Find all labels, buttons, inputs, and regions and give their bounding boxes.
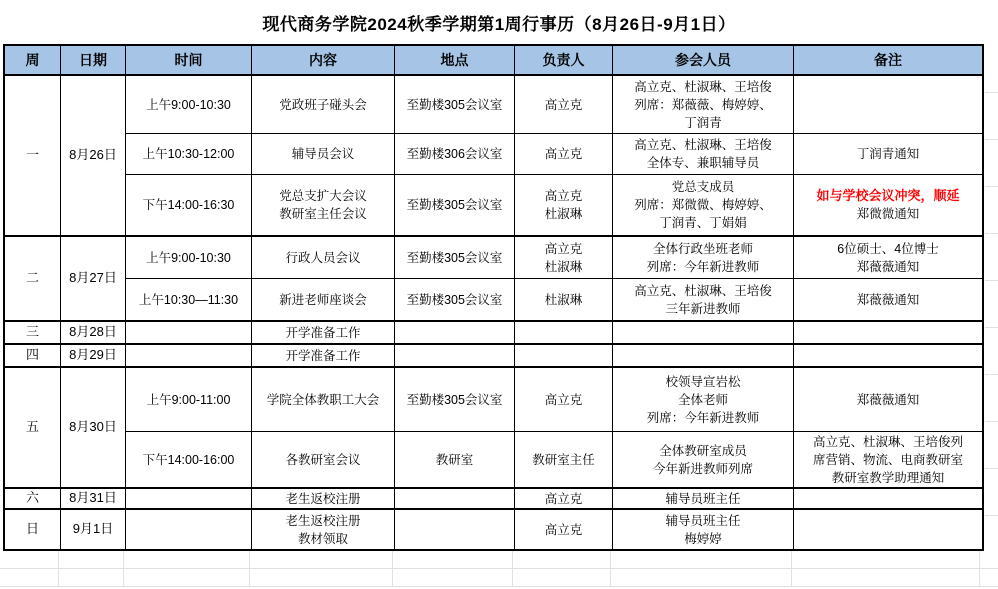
week-cell-三[interactable]: 三 bbox=[5, 322, 61, 345]
cell-attendees-row11[interactable]: 辅导员班主任梅婷婷 bbox=[613, 510, 794, 549]
week-cell-日[interactable]: 日 bbox=[5, 510, 61, 549]
cell-location-row4[interactable]: 至勤楼305会议室 bbox=[395, 237, 515, 279]
date-cell-2[interactable]: 8月27日 bbox=[61, 237, 126, 322]
cell-lead-row2[interactable]: 高立克 bbox=[515, 134, 613, 175]
cell-location-row7[interactable] bbox=[395, 345, 515, 368]
cell-notes-row6[interactable] bbox=[794, 322, 982, 345]
cell-location-row3[interactable]: 至勤楼305会议室 bbox=[395, 175, 515, 237]
cell-time-row1[interactable]: 上午9:00-10:30 bbox=[126, 76, 252, 134]
date-cell-5[interactable]: 8月30日 bbox=[61, 368, 126, 489]
cell-attendees-row4[interactable]: 全体行政坐班老师列席：今年新进教师 bbox=[613, 237, 794, 279]
cell-line: 新进老师座谈会 bbox=[279, 291, 367, 309]
cell-line: 高立克、杜淑琳、王培俊 bbox=[634, 78, 772, 96]
cell-line: 至勤楼305会议室 bbox=[407, 249, 503, 267]
cell-line: 高立克、杜淑琳、王培俊 bbox=[634, 282, 772, 300]
cell-time-row6[interactable] bbox=[126, 322, 252, 345]
gridline-row bbox=[0, 569, 998, 587]
cell-location-row1[interactable]: 至勤楼305会议室 bbox=[395, 76, 515, 134]
cell-notes-row1[interactable] bbox=[794, 76, 982, 134]
cell-line: 教研室主任 bbox=[532, 451, 595, 469]
cell-attendees-row8[interactable]: 校领导宣岩松全体老师列席：今年新进教师 bbox=[613, 368, 794, 432]
cell-line: 郑薇薇通知 bbox=[857, 291, 920, 309]
cell-content-row10[interactable]: 老生返校注册 bbox=[252, 489, 395, 510]
date-cell-3[interactable]: 8月28日 bbox=[61, 322, 126, 345]
cell-content-row2[interactable]: 辅导员会议 bbox=[252, 134, 395, 175]
cell-notes-row11[interactable] bbox=[794, 510, 982, 549]
week-cell-二[interactable]: 二 bbox=[5, 237, 61, 322]
cell-line: 高立克 bbox=[545, 391, 583, 409]
cell-notes-row2[interactable]: 丁润青通知 bbox=[794, 134, 982, 175]
cell-notes-row3[interactable]: 如与学校会议冲突，顺延郑微微通知 bbox=[794, 175, 982, 237]
cell-attendees-row7[interactable] bbox=[613, 345, 794, 368]
cell-line: 杜淑琳 bbox=[545, 291, 583, 309]
cell-line: 上午10:30-12:00 bbox=[143, 145, 235, 163]
week-cell-四[interactable]: 四 bbox=[5, 345, 61, 368]
cell-content-row6[interactable]: 开学准备工作 bbox=[252, 322, 395, 345]
cell-time-row9[interactable]: 下午14:00-16:00 bbox=[126, 432, 252, 489]
gridline-cell bbox=[611, 551, 792, 569]
cell-line: 至勤楼306会议室 bbox=[407, 145, 503, 163]
cell-time-row8[interactable]: 上午9:00-11:00 bbox=[126, 368, 252, 432]
cell-line: 全体行政坐班老师 bbox=[653, 240, 753, 258]
cell-time-row2[interactable]: 上午10:30-12:00 bbox=[126, 134, 252, 175]
cell-time-row5[interactable]: 上午10:30—11:30 bbox=[126, 279, 252, 322]
cell-line: 列席：今年新进教师 bbox=[647, 409, 760, 427]
cell-line: 列席：郑微微、梅婷婷、 bbox=[634, 196, 772, 214]
cell-line: 全体老师 bbox=[678, 391, 728, 409]
date-cell-4[interactable]: 8月29日 bbox=[61, 345, 126, 368]
week-cell-六[interactable]: 六 bbox=[5, 489, 61, 510]
cell-line: 丁润青、丁娟娟 bbox=[659, 214, 747, 232]
cell-line: 郑薇薇通知 bbox=[857, 258, 920, 276]
cell-notes-row4[interactable]: 6位硕士、4位博士郑薇薇通知 bbox=[794, 237, 982, 279]
cell-line: 高立克、杜淑琳、王培俊列 bbox=[813, 433, 963, 451]
cell-notes-row7[interactable] bbox=[794, 345, 982, 368]
cell-line: 高立克 bbox=[545, 187, 583, 205]
cell-lead-row10[interactable]: 高立克 bbox=[515, 489, 613, 510]
cell-line: 上午9:00-10:30 bbox=[146, 249, 231, 267]
cell-notes-row9[interactable]: 高立克、杜淑琳、王培俊列席营销、物流、电商教研室教研室教学助理通知 bbox=[794, 432, 982, 489]
cell-content-row4[interactable]: 行政人员会议 bbox=[252, 237, 395, 279]
cell-content-row1[interactable]: 党政班子碰头会 bbox=[252, 76, 395, 134]
gridline-cell bbox=[124, 551, 250, 569]
gridline-cell bbox=[792, 569, 980, 587]
cell-line: 辅导员班主任 bbox=[665, 512, 740, 530]
cell-line: 上午10:30—11:30 bbox=[139, 291, 238, 309]
cell-line: 列席：今年新进教师 bbox=[647, 258, 760, 276]
cell-line: 校领导宣岩松 bbox=[665, 373, 740, 391]
gridline-cell bbox=[250, 551, 393, 569]
date-cell-1[interactable]: 8月26日 bbox=[61, 76, 126, 237]
cell-location-row9[interactable]: 教研室 bbox=[395, 432, 515, 489]
cell-line: 高立克 bbox=[545, 490, 583, 508]
cell-line: 党总支扩大会议 bbox=[279, 187, 367, 205]
cell-line: 高立克、杜淑琳、王培俊 bbox=[634, 136, 772, 154]
cell-location-row5[interactable]: 至勤楼305会议室 bbox=[395, 279, 515, 322]
cell-attendees-row5[interactable]: 高立克、杜淑琳、王培俊三年新进教师 bbox=[613, 279, 794, 322]
cell-line: 高立克 bbox=[545, 96, 583, 114]
cell-time-row10[interactable] bbox=[126, 489, 252, 510]
cell-line: 席营销、物流、电商教研室 bbox=[813, 451, 963, 469]
cell-location-row11[interactable] bbox=[395, 510, 515, 549]
cell-lead-row3[interactable]: 高立克杜淑琳 bbox=[515, 175, 613, 237]
cell-line: 开学准备工作 bbox=[285, 324, 360, 342]
cell-location-row10[interactable] bbox=[395, 489, 515, 510]
header-cell-8[interactable]: 备注 bbox=[794, 46, 982, 76]
cell-attendees-row2[interactable]: 高立克、杜淑琳、王培俊全体专、兼职辅导员 bbox=[613, 134, 794, 175]
gridline-cell bbox=[59, 569, 124, 587]
gridline-cell bbox=[980, 551, 998, 569]
cell-line: 教研室教学助理通知 bbox=[832, 469, 945, 487]
cell-line: 至勤楼305会议室 bbox=[407, 391, 503, 409]
cell-line: 高立克 bbox=[545, 145, 583, 163]
excel-gridlines-bottom bbox=[0, 551, 998, 587]
cell-time-row7[interactable] bbox=[126, 345, 252, 368]
cell-lead-row7[interactable] bbox=[515, 345, 613, 368]
cell-line: 教研室主任会议 bbox=[279, 205, 367, 223]
cell-content-row11[interactable]: 老生返校注册教材领取 bbox=[252, 510, 395, 549]
header-cell-6[interactable]: 负责人 bbox=[515, 46, 613, 76]
cell-content-row3[interactable]: 党总支扩大会议教研室主任会议 bbox=[252, 175, 395, 237]
gridline-cell bbox=[393, 569, 513, 587]
cell-lead-row4[interactable]: 高立克杜淑琳 bbox=[515, 237, 613, 279]
cell-attendees-row9[interactable]: 全体教研室成员今年新进教师列席 bbox=[613, 432, 794, 489]
gridline-cell bbox=[250, 569, 393, 587]
cell-line: 教研室 bbox=[436, 451, 474, 469]
cell-line: 高立克 bbox=[545, 240, 583, 258]
cell-lead-row9[interactable]: 教研室主任 bbox=[515, 432, 613, 489]
cell-attendees-row1[interactable]: 高立克、杜淑琳、王培俊列席：郑薇薇、梅婷婷、丁润青 bbox=[613, 76, 794, 134]
cell-content-row9[interactable]: 各教研室会议 bbox=[252, 432, 395, 489]
header-cell-2[interactable]: 日期 bbox=[61, 46, 126, 76]
cell-lead-row11[interactable]: 高立克 bbox=[515, 510, 613, 549]
cell-line: 上午9:00-11:00 bbox=[147, 391, 231, 409]
cell-lead-row5[interactable]: 杜淑琳 bbox=[515, 279, 613, 322]
cell-line: 全体专、兼职辅导员 bbox=[647, 154, 760, 172]
cell-content-row5[interactable]: 新进老师座谈会 bbox=[252, 279, 395, 322]
cell-location-row6[interactable] bbox=[395, 322, 515, 345]
cell-notes-row5[interactable]: 郑薇薇通知 bbox=[794, 279, 982, 322]
gridline-cell bbox=[0, 551, 59, 569]
cell-line: 至勤楼305会议室 bbox=[407, 196, 503, 214]
cell-line: 学院全体教职工大会 bbox=[267, 391, 380, 409]
cell-line: 党总支成员 bbox=[672, 178, 735, 196]
date-cell-7[interactable]: 9月1日 bbox=[61, 510, 126, 549]
cell-lead-row1[interactable]: 高立克 bbox=[515, 76, 613, 134]
cell-line: 行政人员会议 bbox=[285, 249, 360, 267]
schedule-table: 周日期时间内容地点负责人参会人员备注一8月26日二8月27日三8月28日四8月2… bbox=[3, 44, 984, 551]
cell-line: 三年新进教师 bbox=[665, 300, 740, 318]
header-cell-1[interactable]: 周 bbox=[5, 46, 61, 76]
cell-line: 老生返校注册 bbox=[285, 490, 360, 508]
cell-line: 开学准备工作 bbox=[285, 347, 360, 365]
cell-line: 老生返校注册 bbox=[285, 512, 360, 530]
gridline-cell bbox=[393, 551, 513, 569]
gridline-cell bbox=[124, 569, 250, 587]
cell-line: 辅导员会议 bbox=[292, 145, 355, 163]
cell-time-row11[interactable] bbox=[126, 510, 252, 549]
cell-line: 全体教研室成员 bbox=[659, 442, 747, 460]
cell-attendees-row10[interactable]: 辅导员班主任 bbox=[613, 489, 794, 510]
cell-time-row3[interactable]: 下午14:00-16:30 bbox=[126, 175, 252, 237]
cell-line: 各教研室会议 bbox=[285, 451, 360, 469]
cell-lead-row8[interactable]: 高立克 bbox=[515, 368, 613, 432]
header-cell-3[interactable]: 时间 bbox=[126, 46, 252, 76]
cell-line: 上午9:00-10:30 bbox=[146, 96, 231, 114]
gridline-cell bbox=[611, 569, 792, 587]
gridline-cell bbox=[792, 551, 980, 569]
cell-line: 丁润青通知 bbox=[857, 145, 920, 163]
cell-location-row8[interactable]: 至勤楼305会议室 bbox=[395, 368, 515, 432]
cell-line: 至勤楼305会议室 bbox=[407, 291, 503, 309]
cell-line: 高立克 bbox=[545, 521, 583, 539]
cell-line: 教材领取 bbox=[298, 530, 348, 548]
gridline-cell bbox=[980, 569, 998, 587]
cell-line: 辅导员班主任 bbox=[665, 490, 740, 508]
cell-attendees-row3[interactable]: 党总支成员列席：郑微微、梅婷婷、丁润青、丁娟娟 bbox=[613, 175, 794, 237]
date-cell-6[interactable]: 8月31日 bbox=[61, 489, 126, 510]
cell-time-row4[interactable]: 上午9:00-10:30 bbox=[126, 237, 252, 279]
cell-line: 如与学校会议冲突，顺延 bbox=[816, 187, 959, 206]
cell-line: 杜淑琳 bbox=[545, 205, 583, 223]
gridline-cell bbox=[513, 551, 611, 569]
cell-line: 列席：郑薇薇、梅婷婷、 bbox=[634, 96, 772, 114]
cell-line: 下午14:00-16:30 bbox=[143, 196, 235, 214]
cell-content-row8[interactable]: 学院全体教职工大会 bbox=[252, 368, 395, 432]
cell-line: 郑薇薇通知 bbox=[857, 391, 920, 409]
cell-location-row2[interactable]: 至勤楼306会议室 bbox=[395, 134, 515, 175]
cell-notes-row8[interactable]: 郑薇薇通知 bbox=[794, 368, 982, 432]
gridline-cell bbox=[59, 551, 124, 569]
cell-lead-row6[interactable] bbox=[515, 322, 613, 345]
cell-line: 6位硕士、4位博士 bbox=[837, 240, 938, 258]
header-cell-5[interactable]: 地点 bbox=[395, 46, 515, 76]
cell-line: 郑微微通知 bbox=[857, 205, 920, 223]
cell-line: 下午14:00-16:00 bbox=[143, 451, 235, 469]
cell-line: 党政班子碰头会 bbox=[279, 96, 367, 114]
excel-gridlines-right bbox=[985, 46, 998, 547]
gridline-cell bbox=[513, 569, 611, 587]
week-cell-五[interactable]: 五 bbox=[5, 368, 61, 489]
cell-line: 今年新进教师列席 bbox=[653, 460, 753, 478]
cell-content-row7[interactable]: 开学准备工作 bbox=[252, 345, 395, 368]
gridline-cell bbox=[0, 569, 59, 587]
cell-line: 丁润青 bbox=[684, 114, 722, 132]
header-cell-7[interactable]: 参会人员 bbox=[613, 46, 794, 76]
cell-line: 杜淑琳 bbox=[545, 258, 583, 276]
cell-attendees-row6[interactable] bbox=[613, 322, 794, 345]
week-cell-一[interactable]: 一 bbox=[5, 76, 61, 237]
cell-line: 至勤楼305会议室 bbox=[407, 96, 503, 114]
cell-notes-row10[interactable] bbox=[794, 489, 982, 510]
header-cell-4[interactable]: 内容 bbox=[252, 46, 395, 76]
cell-line: 梅婷婷 bbox=[684, 530, 722, 548]
page-title[interactable]: 现代商务学院2024秋季学期第1周行事历（8月26日-9月1日） bbox=[0, 0, 998, 44]
gridline-row bbox=[0, 551, 998, 569]
